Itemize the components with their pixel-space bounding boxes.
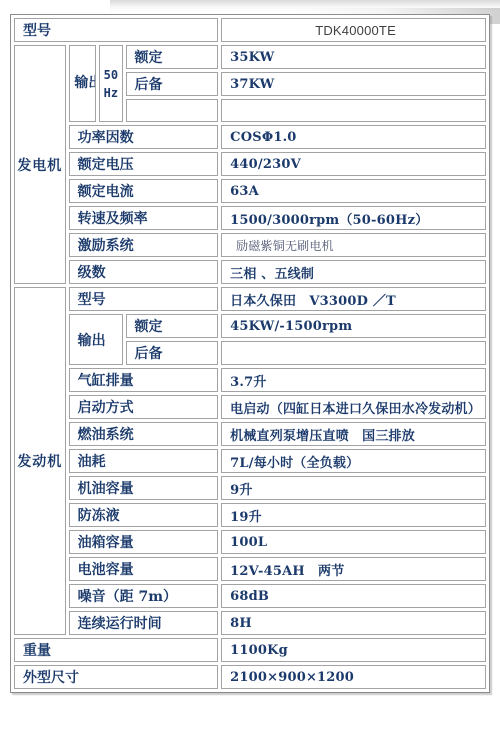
gen-rated-value: 35KW: [221, 45, 486, 69]
engine-standby-label: 后备: [126, 341, 219, 365]
gen-rated-label: 额定: [126, 45, 219, 69]
row-rated-voltage: 额定电压 440/230V: [14, 152, 486, 176]
spec-value: COSΦ1.0: [221, 125, 486, 149]
row-excitation: 激励系统 励磁紫铜无刷电机: [14, 233, 486, 257]
row-engine-model: 发动机 型号 日本久保田 V3300D ／T: [14, 287, 486, 311]
spec-value: 1500/3000rpm（50-60Hz）: [221, 206, 486, 230]
row-engine-rated: 输出 额定 45KW/-1500rpm: [14, 314, 486, 338]
spec-label: 激励系统: [69, 233, 219, 257]
spec-label: 电池容量: [69, 557, 219, 581]
row-power-factor: 功率因数 COSΦ1.0: [14, 125, 486, 149]
frequency-label: 50 Hz: [99, 45, 122, 122]
dimensions-value: 2100×900×1200: [221, 665, 486, 689]
row-fuel-system: 燃油系统 机械直列泵增压直喷 国三排放: [14, 422, 486, 446]
spec-value: 68dB: [221, 584, 486, 608]
spec-value: 440/230V: [221, 152, 486, 176]
row-tank-capacity: 油箱容量 100L: [14, 530, 486, 554]
engine-section-label: 发动机: [14, 287, 66, 635]
spec-label: 连续运行时间: [69, 611, 219, 635]
row-noise: 噪音（距 7m） 68dB: [14, 584, 486, 608]
row-antifreeze: 防冻液 19升: [14, 503, 486, 527]
row-runtime: 连续运行时间 8H: [14, 611, 486, 635]
spec-label: 功率因数: [69, 125, 219, 149]
spec-label: 额定电压: [69, 152, 219, 176]
spec-label: 噪音（距 7m）: [69, 584, 219, 608]
spec-value: 机械直列泵增压直喷 国三排放: [221, 422, 486, 446]
spec-label: 启动方式: [69, 395, 219, 419]
spec-value: 励磁紫铜无刷电机: [221, 233, 486, 257]
engine-output-label: 输出: [69, 314, 123, 365]
gen-standby-label: 后备: [126, 72, 219, 96]
spec-label: 油箱容量: [69, 530, 219, 554]
dimensions-label: 外型尺寸: [14, 665, 218, 689]
row-weight: 重量 1100Kg: [14, 638, 486, 662]
engine-model-label: 型号: [69, 287, 219, 311]
row-battery: 电池容量 12V-45AH 两节: [14, 557, 486, 581]
gen-spare-label: [126, 99, 219, 122]
row-speed-frequency: 转速及频率 1500/3000rpm（50-60Hz）: [14, 206, 486, 230]
row-model: 型号 TDK40000TE: [14, 18, 486, 42]
row-gen-rated: 发电机 输出功率 50 Hz 额定 35KW: [14, 45, 486, 69]
spec-value: 三相 、五线制: [221, 260, 486, 284]
model-label: 型号: [14, 18, 218, 42]
spec-value: 3.7升: [221, 368, 486, 392]
spec-value: 12V-45AH 两节: [221, 557, 486, 581]
frequency-value: 50: [100, 66, 121, 84]
scan-artifact-top: [110, 0, 500, 12]
spec-label: 气缸排量: [69, 368, 219, 392]
row-displacement: 气缸排量 3.7升: [14, 368, 486, 392]
engine-rated-value: 45KW/-1500rpm: [221, 314, 486, 338]
gen-spare-value: [221, 99, 486, 122]
spec-label: 额定电流: [69, 179, 219, 203]
gen-standby-value: 37KW: [221, 72, 486, 96]
weight-label: 重量: [14, 638, 218, 662]
spec-value: 100L: [221, 530, 486, 554]
spec-value: 电启动（四缸日本进口久保田水冷发动机）: [221, 395, 486, 419]
model-value: TDK40000TE: [221, 18, 486, 42]
spec-label: 机油容量: [69, 476, 219, 500]
row-dimensions: 外型尺寸 2100×900×1200: [14, 665, 486, 689]
engine-rated-label: 额定: [126, 314, 219, 338]
spec-table: 型号 TDK40000TE 发电机 输出功率 50 Hz 额定 35KW 后备 …: [10, 14, 490, 693]
output-power-text: 输出功率: [74, 73, 90, 93]
engine-standby-value: [221, 341, 486, 365]
row-phases: 级数 三相 、五线制: [14, 260, 486, 284]
row-start-mode: 启动方式 电启动（四缸日本进口久保田水冷发动机）: [14, 395, 486, 419]
spec-value: 63A: [221, 179, 486, 203]
spec-label: 转速及频率: [69, 206, 219, 230]
spec-label: 级数: [69, 260, 219, 284]
row-rated-current: 额定电流 63A: [14, 179, 486, 203]
frequency-unit: Hz: [100, 84, 121, 102]
spec-label: 燃油系统: [69, 422, 219, 446]
engine-model-value: 日本久保田 V3300D ／T: [221, 287, 486, 311]
row-oil-capacity: 机油容量 9升: [14, 476, 486, 500]
spec-value: 19升: [221, 503, 486, 527]
spec-label: 油耗: [69, 449, 219, 473]
spec-value: 8H: [221, 611, 486, 635]
spec-value: 7L/每小时（全负载）: [221, 449, 486, 473]
spec-label: 防冻液: [69, 503, 219, 527]
output-power-label: 输出功率: [69, 45, 97, 122]
spec-value: 9升: [221, 476, 486, 500]
weight-value: 1100Kg: [221, 638, 486, 662]
generator-section-label: 发电机: [14, 45, 66, 284]
row-fuel-consumption: 油耗 7L/每小时（全负载）: [14, 449, 486, 473]
